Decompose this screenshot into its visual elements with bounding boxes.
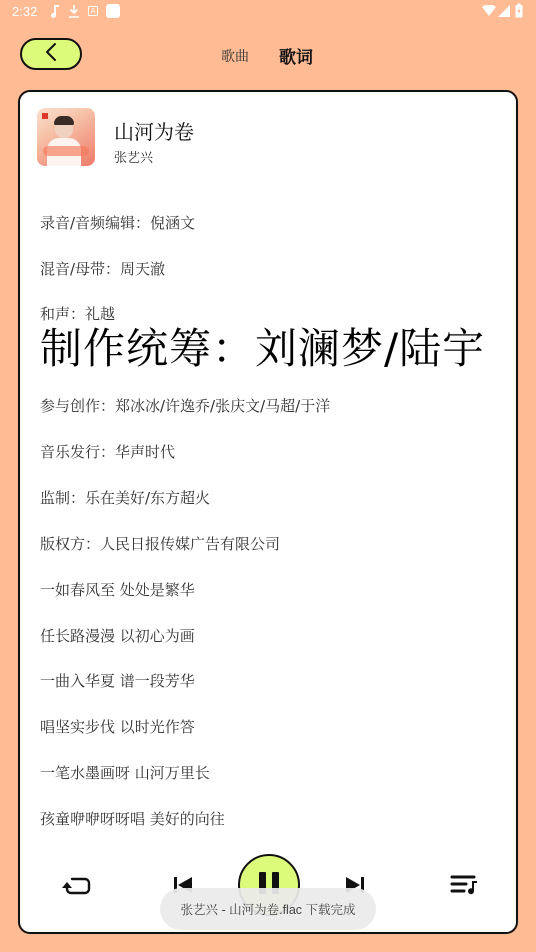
back-button[interactable]	[20, 38, 82, 70]
playlist-button[interactable]	[444, 870, 484, 904]
lyric-line[interactable]: 版权方：人民日报传媒广告有限公司	[40, 533, 280, 554]
repeat-button[interactable]	[56, 870, 96, 904]
status-bar: 2:32 A	[0, 0, 536, 24]
lyric-line[interactable]: 唱坚实步伐 以时光作答	[40, 716, 195, 737]
a-box-icon: A	[88, 6, 98, 16]
lyric-line[interactable]: 一如春风至 处处是繁华	[40, 579, 195, 600]
music-note-icon	[50, 4, 60, 22]
lyric-line-active[interactable]: 制作统筹：刘澜梦/陆宇	[40, 316, 485, 376]
download-icon	[68, 4, 80, 22]
lyric-line[interactable]: 混音/母带：周天澈	[40, 258, 165, 279]
toast-message: 张艺兴 - 山河为卷.flac 下载完成	[180, 900, 355, 918]
chevron-left-icon	[44, 42, 58, 66]
lyric-line[interactable]: 孩童咿咿呀呀唱 美好的向往	[40, 808, 225, 829]
lyrics-card: 山河为卷 张艺兴 录音/音频编辑：倪涵文 混音/母带：周天澈 和声：礼越 制作统…	[18, 90, 518, 934]
lyric-line[interactable]: 参与创作：郑冰冰/许逸乔/张庆文/马超/于洋	[40, 395, 330, 416]
lyric-line[interactable]: 任长路漫漫 以初心为画	[40, 625, 195, 646]
status-time: 2:32	[12, 4, 37, 19]
song-artist: 张艺兴	[114, 147, 153, 166]
lyric-line[interactable]: 录音/音频编辑：倪涵文	[40, 212, 195, 233]
white-square-icon	[106, 4, 120, 18]
tab-song[interactable]: 歌曲	[221, 46, 249, 66]
wifi-icon	[482, 5, 496, 21]
playlist-music-icon	[450, 874, 478, 900]
lyric-line[interactable]: 音乐发行：华声时代	[40, 441, 175, 462]
signal-icon	[498, 5, 510, 21]
download-toast: 张艺兴 - 山河为卷.flac 下载完成	[160, 888, 376, 930]
song-title: 山河为卷	[114, 116, 194, 145]
repeat-icon	[61, 873, 91, 901]
lyric-line[interactable]: 一笔水墨画呀 山河万里长	[40, 762, 210, 783]
lyric-line[interactable]: 一曲入华夏 谱一段芳华	[40, 670, 195, 691]
tab-lyrics[interactable]: 歌词	[279, 43, 313, 68]
lyric-line[interactable]: 监制：乐在美好/东方超火	[40, 487, 210, 508]
album-cover	[37, 108, 95, 166]
battery-charging-icon	[515, 3, 523, 22]
